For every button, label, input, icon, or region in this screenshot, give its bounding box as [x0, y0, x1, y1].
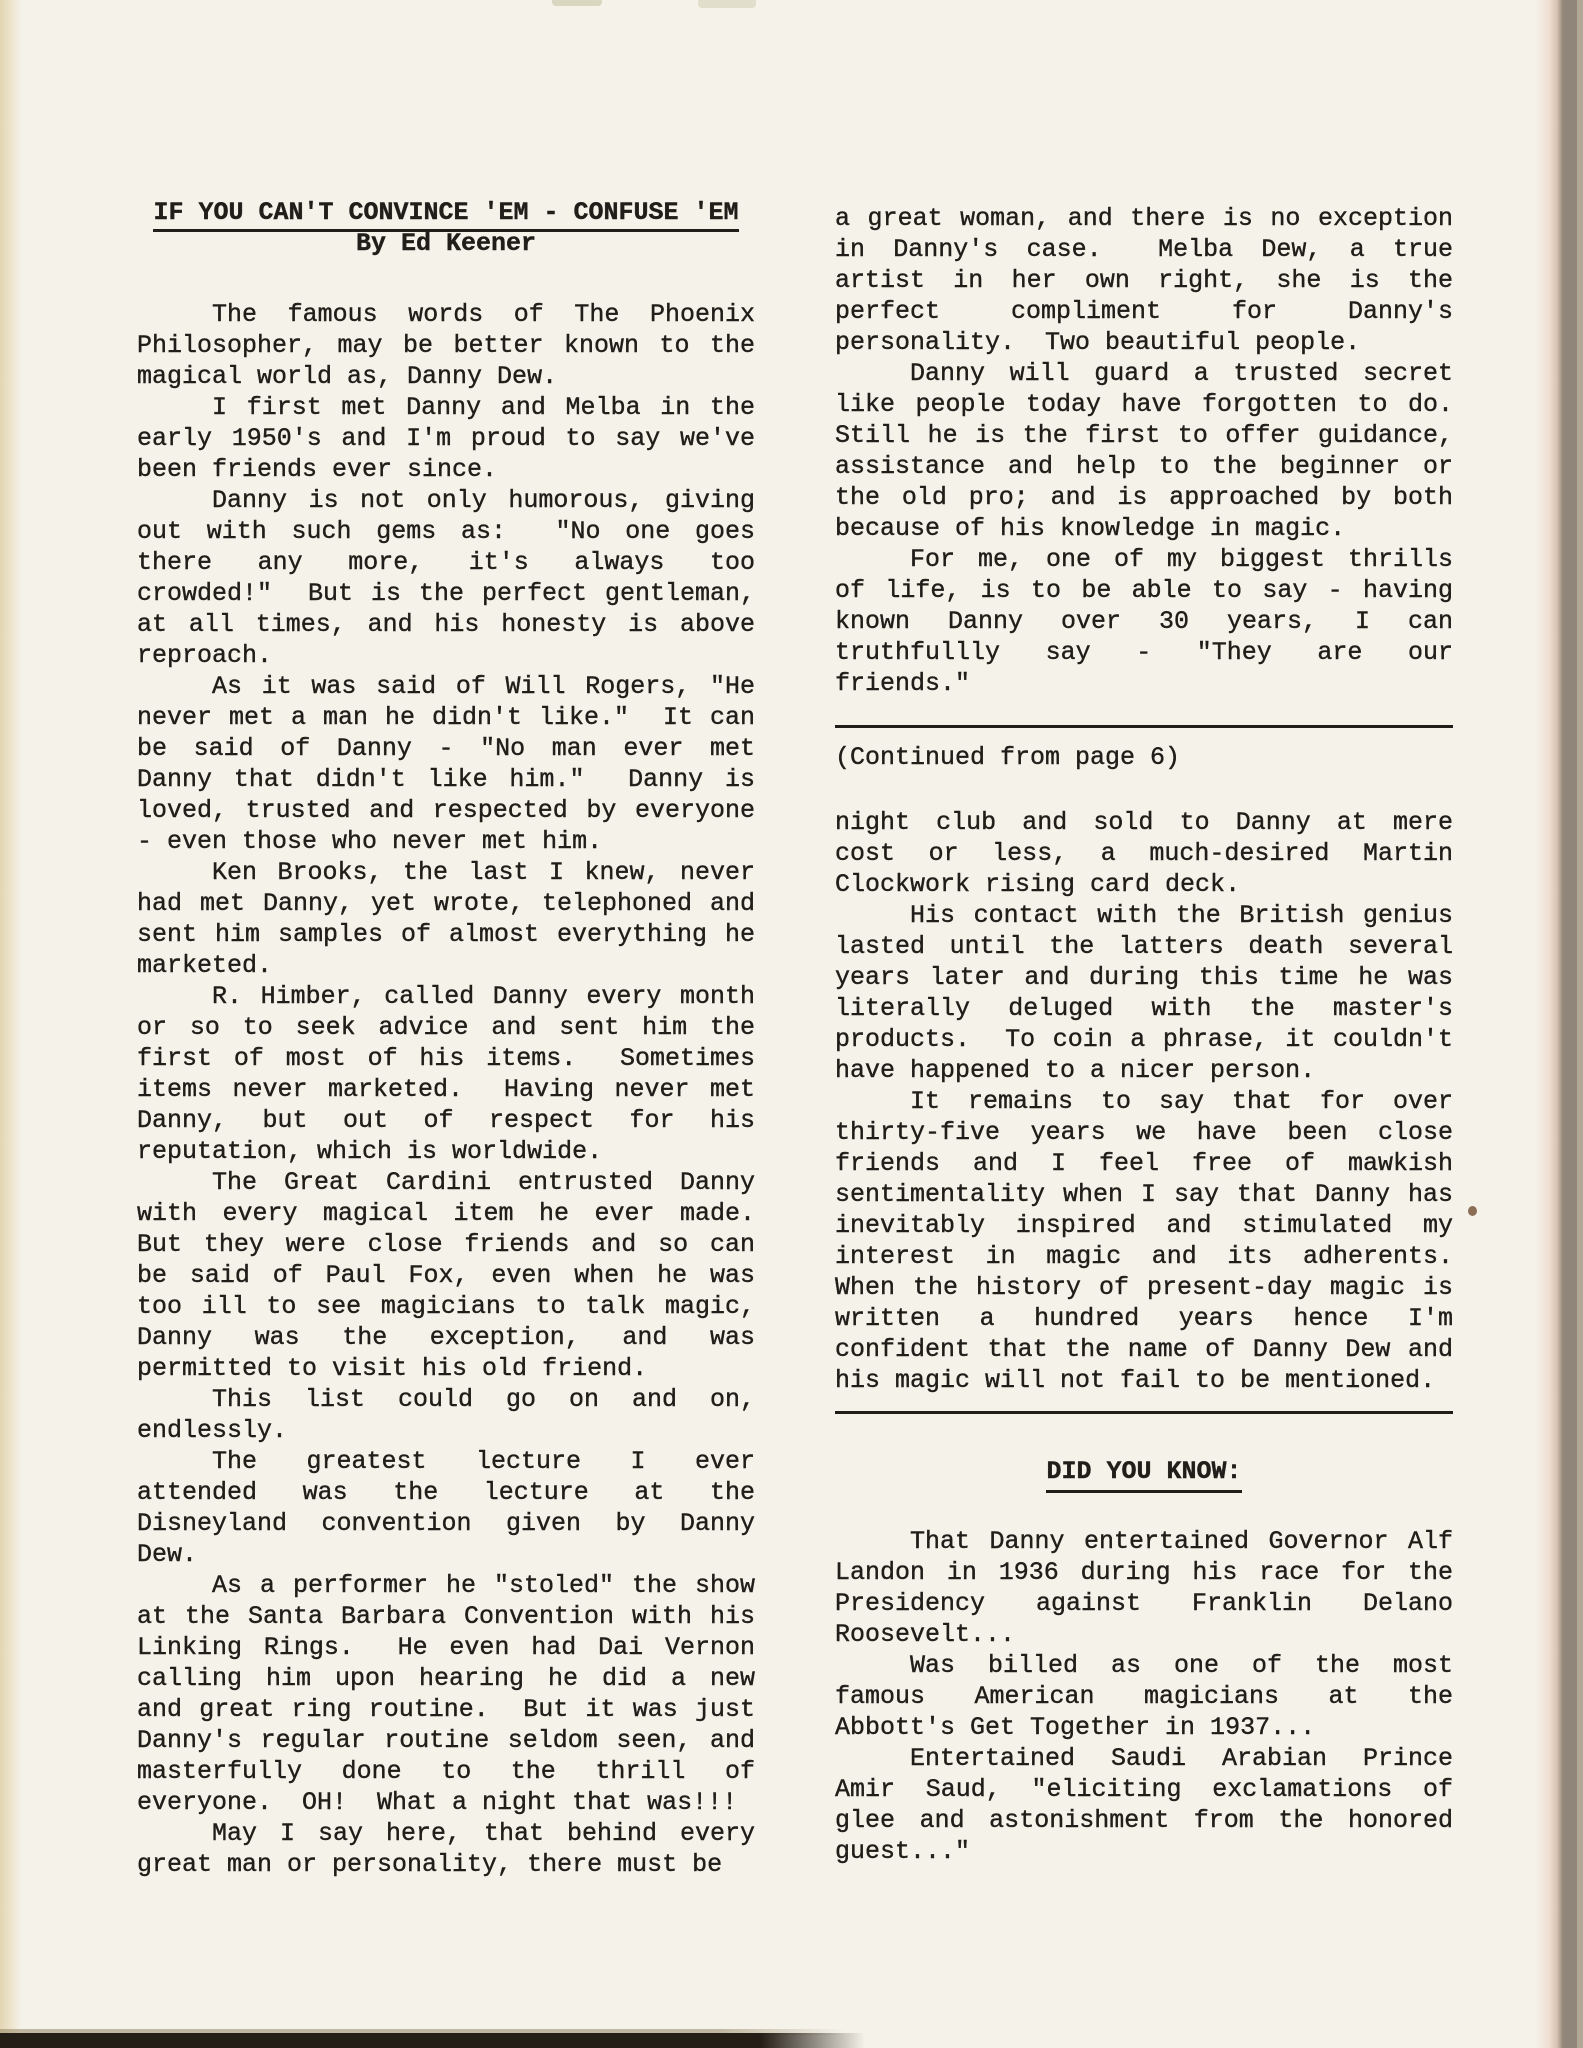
- article-byline: By Ed Keener: [137, 228, 755, 259]
- ink-spot-artifact: [1468, 1206, 1477, 1216]
- text-line: As it was said of Will Rogers, "He: [137, 671, 755, 702]
- text-line: his magic will not fail to be mentioned.: [835, 1365, 1453, 1396]
- article-title: IF YOU CAN'T CONVINCE 'EM - CONFUSE 'EM: [137, 197, 755, 228]
- text-line: The Great Cardini entrusted Danny: [137, 1167, 755, 1198]
- text-line: at the Santa Barbara Convention with his: [137, 1601, 755, 1632]
- scanned-newsletter-page: IF YOU CAN'T CONVINCE 'EM - CONFUSE 'EM …: [0, 0, 1583, 2048]
- text-line: truthfullly say - "They are our: [835, 637, 1453, 668]
- text-line: interest in magic and its adherents.: [835, 1241, 1453, 1272]
- paragraph: I first met Danny and Melba in theearly …: [137, 392, 755, 485]
- left-column: IF YOU CAN'T CONVINCE 'EM - CONFUSE 'EM …: [137, 197, 755, 1880]
- text-line: there any more, it's always too: [137, 547, 755, 578]
- text-line: with every magical item he ever made.: [137, 1198, 755, 1229]
- text-line: That Danny entertained Governor Alf: [835, 1526, 1453, 1557]
- article-title-text: IF YOU CAN'T CONVINCE 'EM - CONFUSE 'EM: [153, 198, 738, 232]
- text-line: Landon in 1936 during his race for the: [835, 1557, 1453, 1588]
- text-line: Danny was the exception, and was: [137, 1322, 755, 1353]
- paragraph: That Danny entertained Governor AlfLando…: [835, 1526, 1453, 1650]
- text-line: a great woman, and there is no exception: [835, 203, 1453, 234]
- text-line: cost or less, a much-desired Martin: [835, 838, 1453, 869]
- text-line: or so to seek advice and sent him the: [137, 1012, 755, 1043]
- text-line: Clockwork rising card deck.: [835, 869, 1453, 900]
- text-line: be said of Danny - "No man ever met: [137, 733, 755, 764]
- text-line: had met Danny, yet wrote, telephoned and: [137, 888, 755, 919]
- paragraph: The Great Cardini entrusted Dannywith ev…: [137, 1167, 755, 1384]
- text-line: Disneyland convention given by Danny: [137, 1508, 755, 1539]
- text-line: masterfully done to the thrill of: [137, 1756, 755, 1787]
- text-line: like people today have forgotten to do.: [835, 389, 1453, 420]
- text-line: been friends ever since.: [137, 454, 755, 485]
- paragraph: R. Himber, called Danny every monthor so…: [137, 981, 755, 1167]
- text-line: in Danny's case. Melba Dew, a true: [835, 234, 1453, 265]
- text-line: But they were close friends and so can: [137, 1229, 755, 1260]
- text-line: Danny will guard a trusted secret: [835, 358, 1453, 389]
- paragraph: The famous words of The PhoenixPhilosoph…: [137, 299, 755, 392]
- paragraph: As it was said of Will Rogers, "Henever …: [137, 671, 755, 857]
- paragraph: May I say here, that behind everygreat m…: [137, 1818, 755, 1880]
- text-line: sent him samples of almost everything he: [137, 919, 755, 950]
- text-line: Roosevelt...: [835, 1619, 1453, 1650]
- paragraph: Entertained Saudi Arabian PrinceAmir Sau…: [835, 1743, 1453, 1867]
- text-line: Philosopher, may be better known to the: [137, 330, 755, 361]
- text-line: sentimentality when I say that Danny has: [835, 1179, 1453, 1210]
- text-line: night club and sold to Danny at mere: [835, 807, 1453, 838]
- divider-rule: [835, 1411, 1453, 1414]
- text-line: The greatest lecture I ever: [137, 1446, 755, 1477]
- scan-smudge: [552, 0, 602, 6]
- text-line: everyone. OH! What a night that was!!!: [137, 1787, 755, 1818]
- text-line: Was billed as one of the most: [835, 1650, 1453, 1681]
- text-line: never met a man he didn't like." It can: [137, 702, 755, 733]
- text-line: Danny that didn't like him." Danny is: [137, 764, 755, 795]
- paragraph: As a performer he "stoled" the showat th…: [137, 1570, 755, 1818]
- paragraph: Danny will guard a trusted secretlike pe…: [835, 358, 1453, 544]
- text-line: It remains to say that for over: [835, 1086, 1453, 1117]
- text-line: reproach.: [137, 640, 755, 671]
- paragraph: Ken Brooks, the last I knew, neverhad me…: [137, 857, 755, 981]
- text-line: known Danny over 30 years, I can: [835, 606, 1453, 637]
- text-line: great man or personality, there must be: [137, 1849, 755, 1880]
- text-line: literally deluged with the master's: [835, 993, 1453, 1024]
- text-line: - even those who never met him.: [137, 826, 755, 857]
- text-line: His contact with the British genius: [835, 900, 1453, 931]
- right-column-text: a great woman, and there is no exception…: [835, 203, 1453, 1867]
- text-line: permitted to visit his old friend.: [137, 1353, 755, 1384]
- paragraph: The greatest lecture I everattended was …: [137, 1446, 755, 1570]
- text-line: confident that the name of Danny Dew and: [835, 1334, 1453, 1365]
- text-line: thirty-five years we have been close: [835, 1117, 1453, 1148]
- text-line: first of most of his items. Sometimes: [137, 1043, 755, 1074]
- text-line: written a hundred years hence I'm: [835, 1303, 1453, 1334]
- text-line: R. Himber, called Danny every month: [137, 981, 755, 1012]
- text-line: endlessly.: [137, 1415, 755, 1446]
- text-line: at all times, and his honesty is above: [137, 609, 755, 640]
- text-line: Amir Saud, "eliciting exclamations of: [835, 1774, 1453, 1805]
- paragraph: For me, one of my biggest thrillsof life…: [835, 544, 1453, 699]
- text-line: Danny is not only humorous, giving: [137, 485, 755, 516]
- section-heading-text: DID YOU KNOW:: [1046, 1456, 1241, 1493]
- text-line: because of his knowledge in magic.: [835, 513, 1453, 544]
- spacer: [835, 1493, 1453, 1526]
- text-line: inevitably inspired and stimulated my: [835, 1210, 1453, 1241]
- scan-smudge: [698, 0, 756, 8]
- text-line: early 1950's and I'm proud to say we've: [137, 423, 755, 454]
- text-line: guest...": [835, 1836, 1453, 1867]
- text-line: personality. Two beautiful people.: [835, 327, 1453, 358]
- text-line: perfect compliment for Danny's: [835, 296, 1453, 327]
- text-line: out with such gems as: "No one goes: [137, 516, 755, 547]
- text-line: products. To coin a phrase, it couldn't: [835, 1024, 1453, 1055]
- text-line: marketed.: [137, 950, 755, 981]
- text-line: artist in her own right, she is the: [835, 265, 1453, 296]
- page-edge-shadow-right: [1535, 0, 1583, 2048]
- text-line: Abbott's Get Together in 1937...: [835, 1712, 1453, 1743]
- text-line: This list could go on and on,: [137, 1384, 755, 1415]
- text-line: of life, is to be able to say - having: [835, 575, 1453, 606]
- text-line: Linking Rings. He even had Dai Vernon: [137, 1632, 755, 1663]
- text-line: crowded!" But is the perfect gentleman,: [137, 578, 755, 609]
- text-line: and great ring routine. But it was just: [137, 1694, 755, 1725]
- text-line: As a performer he "stoled" the show: [137, 1570, 755, 1601]
- text-line: Danny, but out of respect for his: [137, 1105, 755, 1136]
- text-line: Entertained Saudi Arabian Prince: [835, 1743, 1453, 1774]
- section-heading: DID YOU KNOW:: [835, 1456, 1453, 1493]
- continued-from-note: (Continued from page 6): [835, 742, 1453, 773]
- text-line: The famous words of The Phoenix: [137, 299, 755, 330]
- paragraph: It remains to say that for overthirty-fi…: [835, 1086, 1453, 1396]
- text-line: Dew.: [137, 1539, 755, 1570]
- text-line: For me, one of my biggest thrills: [835, 544, 1453, 575]
- text-line: reputation, which is worldwide.: [137, 1136, 755, 1167]
- text-line: magical world as, Danny Dew.: [137, 361, 755, 392]
- text-line: friends.": [835, 668, 1453, 699]
- page-edge-shadow-left: [0, 0, 22, 2048]
- text-line: friends and I feel free of mawkish: [835, 1148, 1453, 1179]
- spacer: [835, 773, 1453, 807]
- text-line: Ken Brooks, the last I knew, never: [137, 857, 755, 888]
- article-heading: IF YOU CAN'T CONVINCE 'EM - CONFUSE 'EM …: [137, 197, 755, 259]
- paragraph: His contact with the British geniuslaste…: [835, 900, 1453, 1086]
- text-line: attended was the lecture at the: [137, 1477, 755, 1508]
- text-line: be said of Paul Fox, even when he was: [137, 1260, 755, 1291]
- paragraph: a great woman, and there is no exception…: [835, 203, 1453, 358]
- text-line: too ill to see magicians to talk magic,: [137, 1291, 755, 1322]
- text-line: May I say here, that behind every: [137, 1818, 755, 1849]
- text-line: glee and astonishment from the honored: [835, 1805, 1453, 1836]
- paragraph: This list could go on and on,endlessly.: [137, 1384, 755, 1446]
- text-line: years later and during this time he was: [835, 962, 1453, 993]
- paragraph: night club and sold to Danny at merecost…: [835, 807, 1453, 900]
- left-column-text: The famous words of The PhoenixPhilosoph…: [137, 299, 755, 1880]
- paragraph: Was billed as one of the mostfamous Amer…: [835, 1650, 1453, 1743]
- text-line: famous American magicians at the: [835, 1681, 1453, 1712]
- text-line: lasted until the latters death several: [835, 931, 1453, 962]
- text-line: I first met Danny and Melba in the: [137, 392, 755, 423]
- divider-rule: [835, 725, 1453, 728]
- text-line: Danny's regular routine seldom seen, and: [137, 1725, 755, 1756]
- page-edge-shadow-bottom: [0, 2033, 865, 2048]
- text-line: items never marketed. Having never met: [137, 1074, 755, 1105]
- text-line: assistance and help to the beginner or: [835, 451, 1453, 482]
- text-line: have happened to a nicer person.: [835, 1055, 1453, 1086]
- text-line: calling him upon hearing he did a new: [137, 1663, 755, 1694]
- right-column: a great woman, and there is no exception…: [835, 203, 1453, 1867]
- text-line: Presidency against Franklin Delano: [835, 1588, 1453, 1619]
- paragraph: Danny is not only humorous, givingout wi…: [137, 485, 755, 671]
- text-line: loved, trusted and respected by everyone: [137, 795, 755, 826]
- text-line: the old pro; and is approached by both: [835, 482, 1453, 513]
- text-line: Still he is the first to offer guidance,: [835, 420, 1453, 451]
- text-line: When the history of present-day magic is: [835, 1272, 1453, 1303]
